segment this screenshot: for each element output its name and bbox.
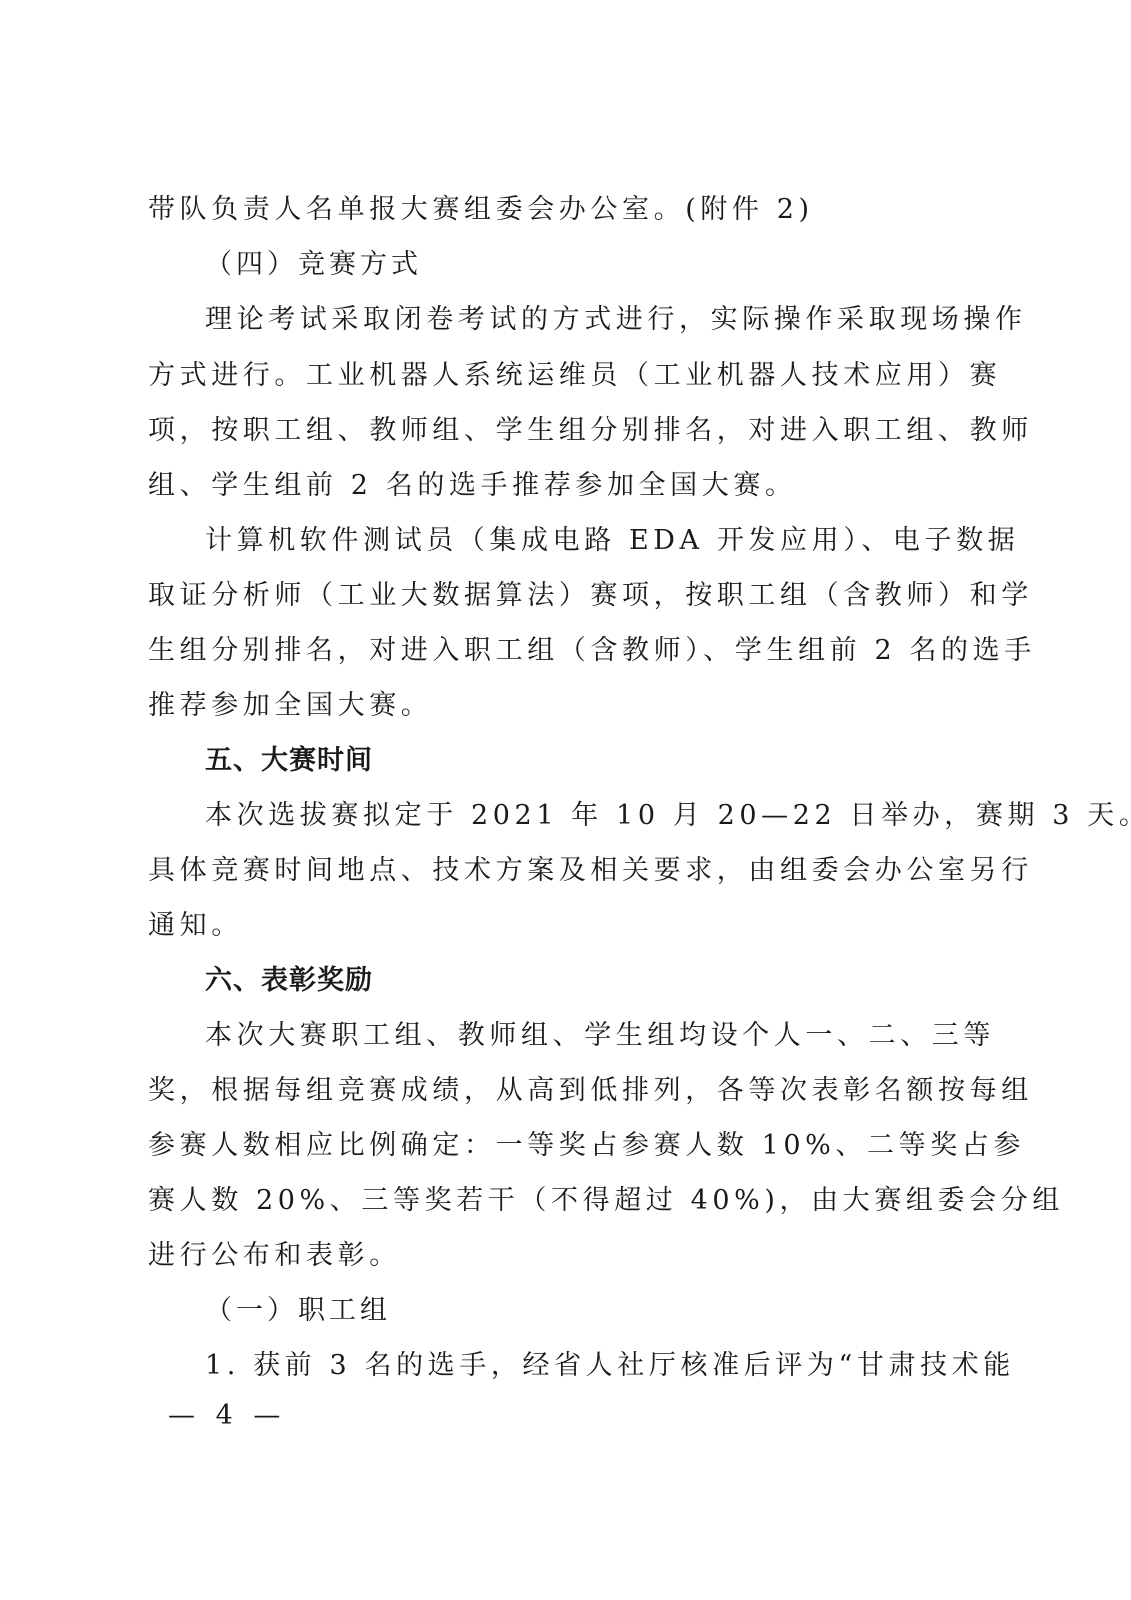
section-subheading-competition-method: （四）竞赛方式 — [205, 245, 968, 285]
paragraph-line: 组、学生组前 2 名的选手推荐参加全国大赛。 — [148, 466, 968, 506]
paragraph-line: 进行公布和表彰。 — [148, 1236, 968, 1276]
paragraph-line: 1. 获前 3 名的选手，经省人社厅核准后评为“甘肃技术能 — [205, 1346, 968, 1386]
paragraph-line: 生组分别排名，对进入职工组（含教师）、学生组前 2 名的选手 — [148, 631, 968, 671]
paragraph-line: 推荐参加全国大赛。 — [148, 686, 968, 726]
paragraph-line: 取证分析师（工业大数据算法）赛项，按职工组（含教师）和学 — [148, 576, 968, 616]
section-heading-competition-time: 五、大赛时间 — [205, 741, 968, 781]
page-number: — 4 — — [168, 1396, 286, 1436]
paragraph-line: 具体竞赛时间地点、技术方案及相关要求，由组委会办公室另行 — [148, 851, 968, 891]
paragraph-line: 本次大赛职工组、教师组、学生组均设个人一、二、三等 — [205, 1016, 968, 1056]
section-subheading-employee-group: （一）职工组 — [205, 1291, 968, 1331]
paragraph-line: 理论考试采取闭卷考试的方式进行，实际操作采取现场操作 — [205, 300, 968, 340]
paragraph-line: 项，按职工组、教师组、学生组分别排名，对进入职工组、教师 — [148, 411, 968, 451]
section-heading-awards: 六、表彰奖励 — [205, 961, 968, 1001]
paragraph-line: 赛人数 20%、三等奖若干（不得超过 40%)，由大赛组委会分组 — [148, 1181, 968, 1221]
paragraph-line: 本次选拔赛拟定于 2021 年 10 月 20—22 日举办，赛期 3 天。 — [205, 796, 968, 836]
paragraph-line: 计算机软件测试员（集成电路 EDA 开发应用）、电子数据 — [205, 521, 968, 561]
paragraph-line: 参赛人数相应比例确定：一等奖占参赛人数 10%、二等奖占参 — [148, 1126, 968, 1166]
document-page: 带队负责人名单报大赛组委会办公室。(附件 2) （四）竞赛方式 理论考试采取闭卷… — [0, 0, 1131, 1600]
paragraph-line: 方式进行。工业机器人系统运维员（工业机器人技术应用）赛 — [148, 356, 968, 396]
paragraph-line: 通知。 — [148, 906, 968, 946]
paragraph-line: 奖，根据每组竞赛成绩，从高到低排列，各等次表彰名额按每组 — [148, 1071, 968, 1111]
paragraph-line: 带队负责人名单报大赛组委会办公室。(附件 2) — [148, 190, 968, 230]
